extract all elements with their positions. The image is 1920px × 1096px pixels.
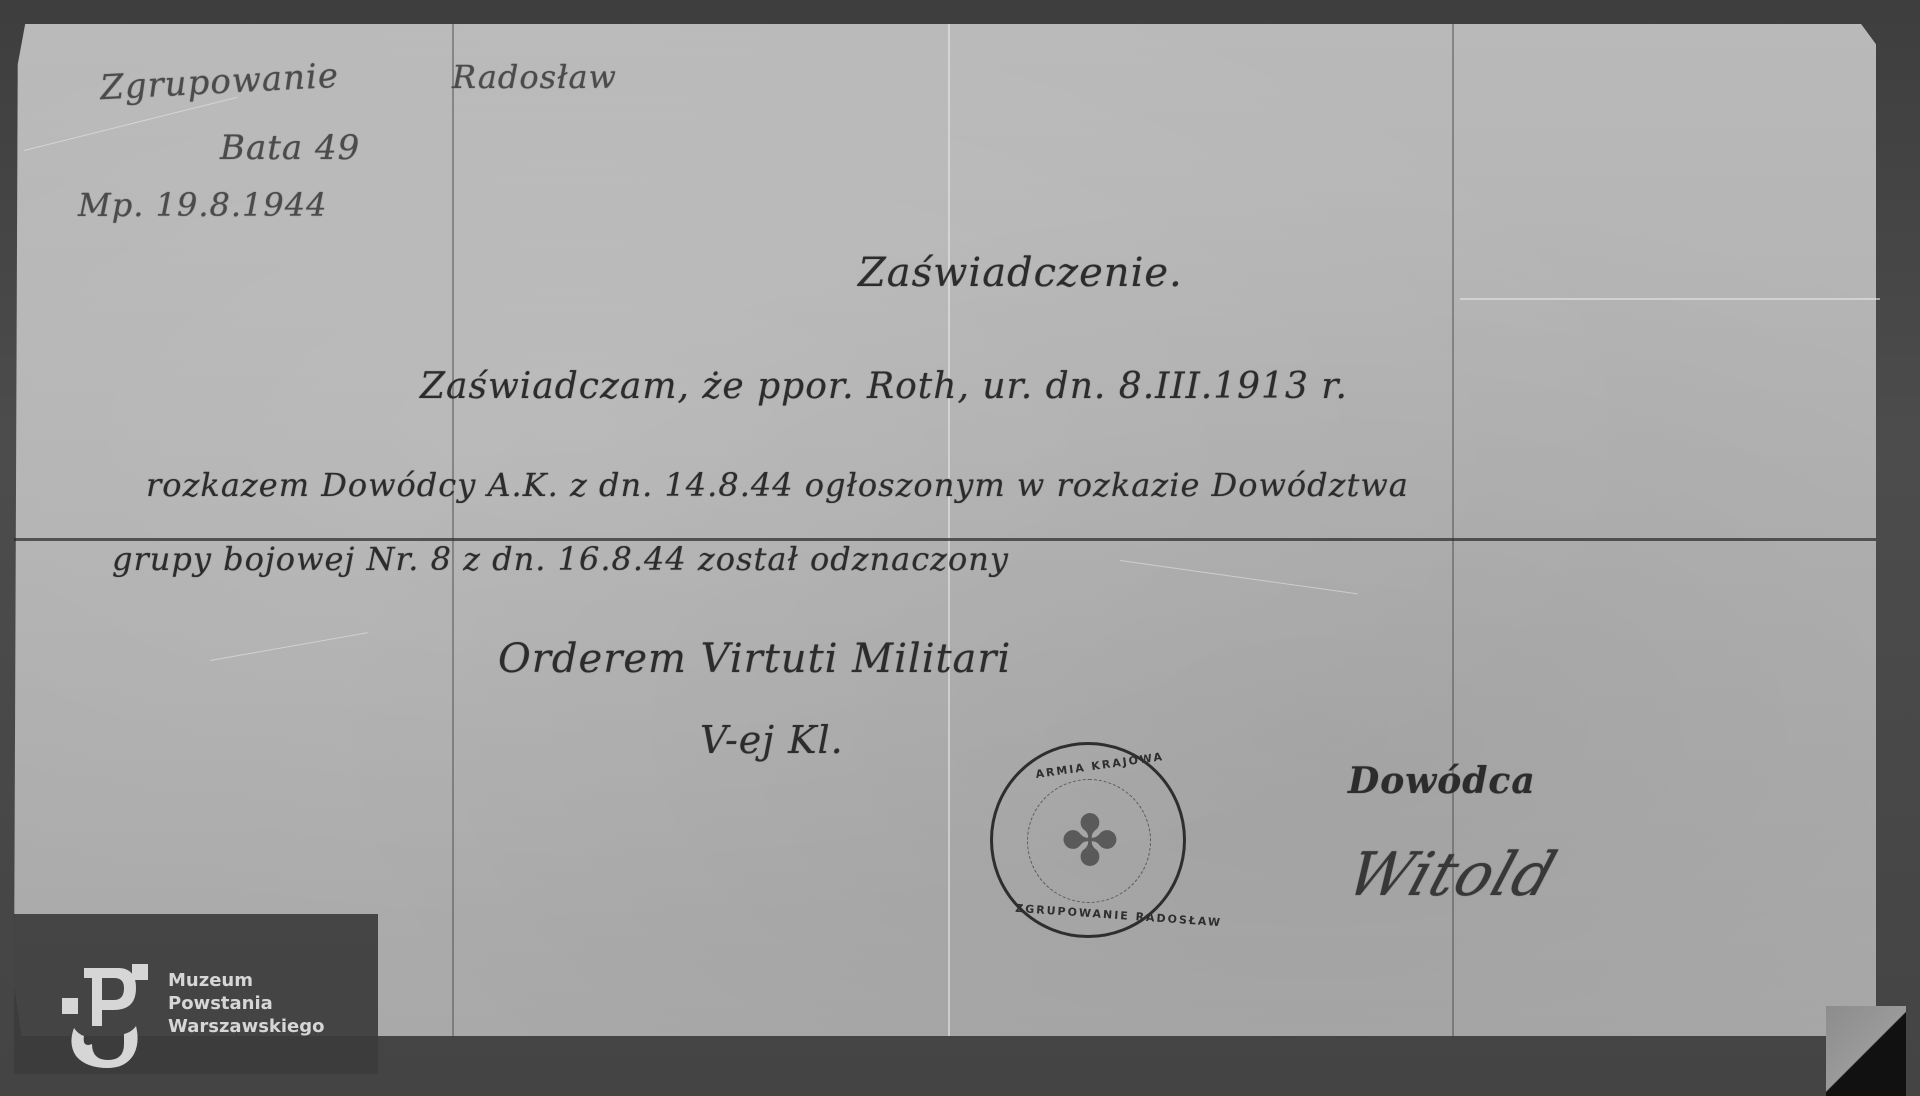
decoration-class: V-ej Kl. bbox=[700, 718, 844, 762]
margin-note-battalion: Bata 49 bbox=[220, 128, 360, 168]
body-line-1: Zaświadczam, że ppor. Roth, ur. dn. 8.II… bbox=[420, 366, 1348, 407]
signature: Witold bbox=[1339, 840, 1565, 910]
museum-watermark: Muzeum Powstania Warszawskiego bbox=[14, 914, 378, 1074]
body-line-3: grupy bojowej Nr. 8 z dn. 16.8.44 został… bbox=[112, 540, 1009, 578]
document-paper bbox=[14, 24, 1876, 1036]
eagle-emblem-icon: ✤ bbox=[1045, 793, 1135, 889]
museum-name-line-1: Muzeum bbox=[168, 969, 325, 992]
margin-note-group: Radosław bbox=[452, 58, 617, 96]
margin-note-date: Mp. 19.8.1944 bbox=[78, 186, 327, 224]
fold-line-horizontal bbox=[1460, 298, 1880, 300]
kotwica-anchor-logo-icon bbox=[62, 964, 154, 1068]
museum-name: Muzeum Powstania Warszawskiego bbox=[168, 969, 325, 1038]
official-stamp: ✤ ARMIA KRAJOWA ZGRUPOWANIE RADOSŁAW bbox=[990, 742, 1186, 938]
body-line-2: rozkazem Dowódcy A.K. z dn. 14.8.44 ogło… bbox=[146, 466, 1409, 504]
paper-corner-fold bbox=[1826, 1006, 1906, 1096]
document-heading: Zaświadczenie. bbox=[858, 250, 1183, 296]
decoration-name: Orderem Virtuti Militari bbox=[498, 636, 1011, 682]
museum-name-line-2: Powstania bbox=[168, 992, 325, 1015]
museum-name-line-3: Warszawskiego bbox=[168, 1015, 325, 1038]
stamp-top-text: ARMIA KRAJOWA bbox=[1035, 750, 1165, 781]
fold-line-vertical bbox=[452, 24, 454, 1036]
signature-title: Dowódca bbox=[1348, 760, 1536, 802]
fold-line-vertical bbox=[948, 24, 950, 1036]
